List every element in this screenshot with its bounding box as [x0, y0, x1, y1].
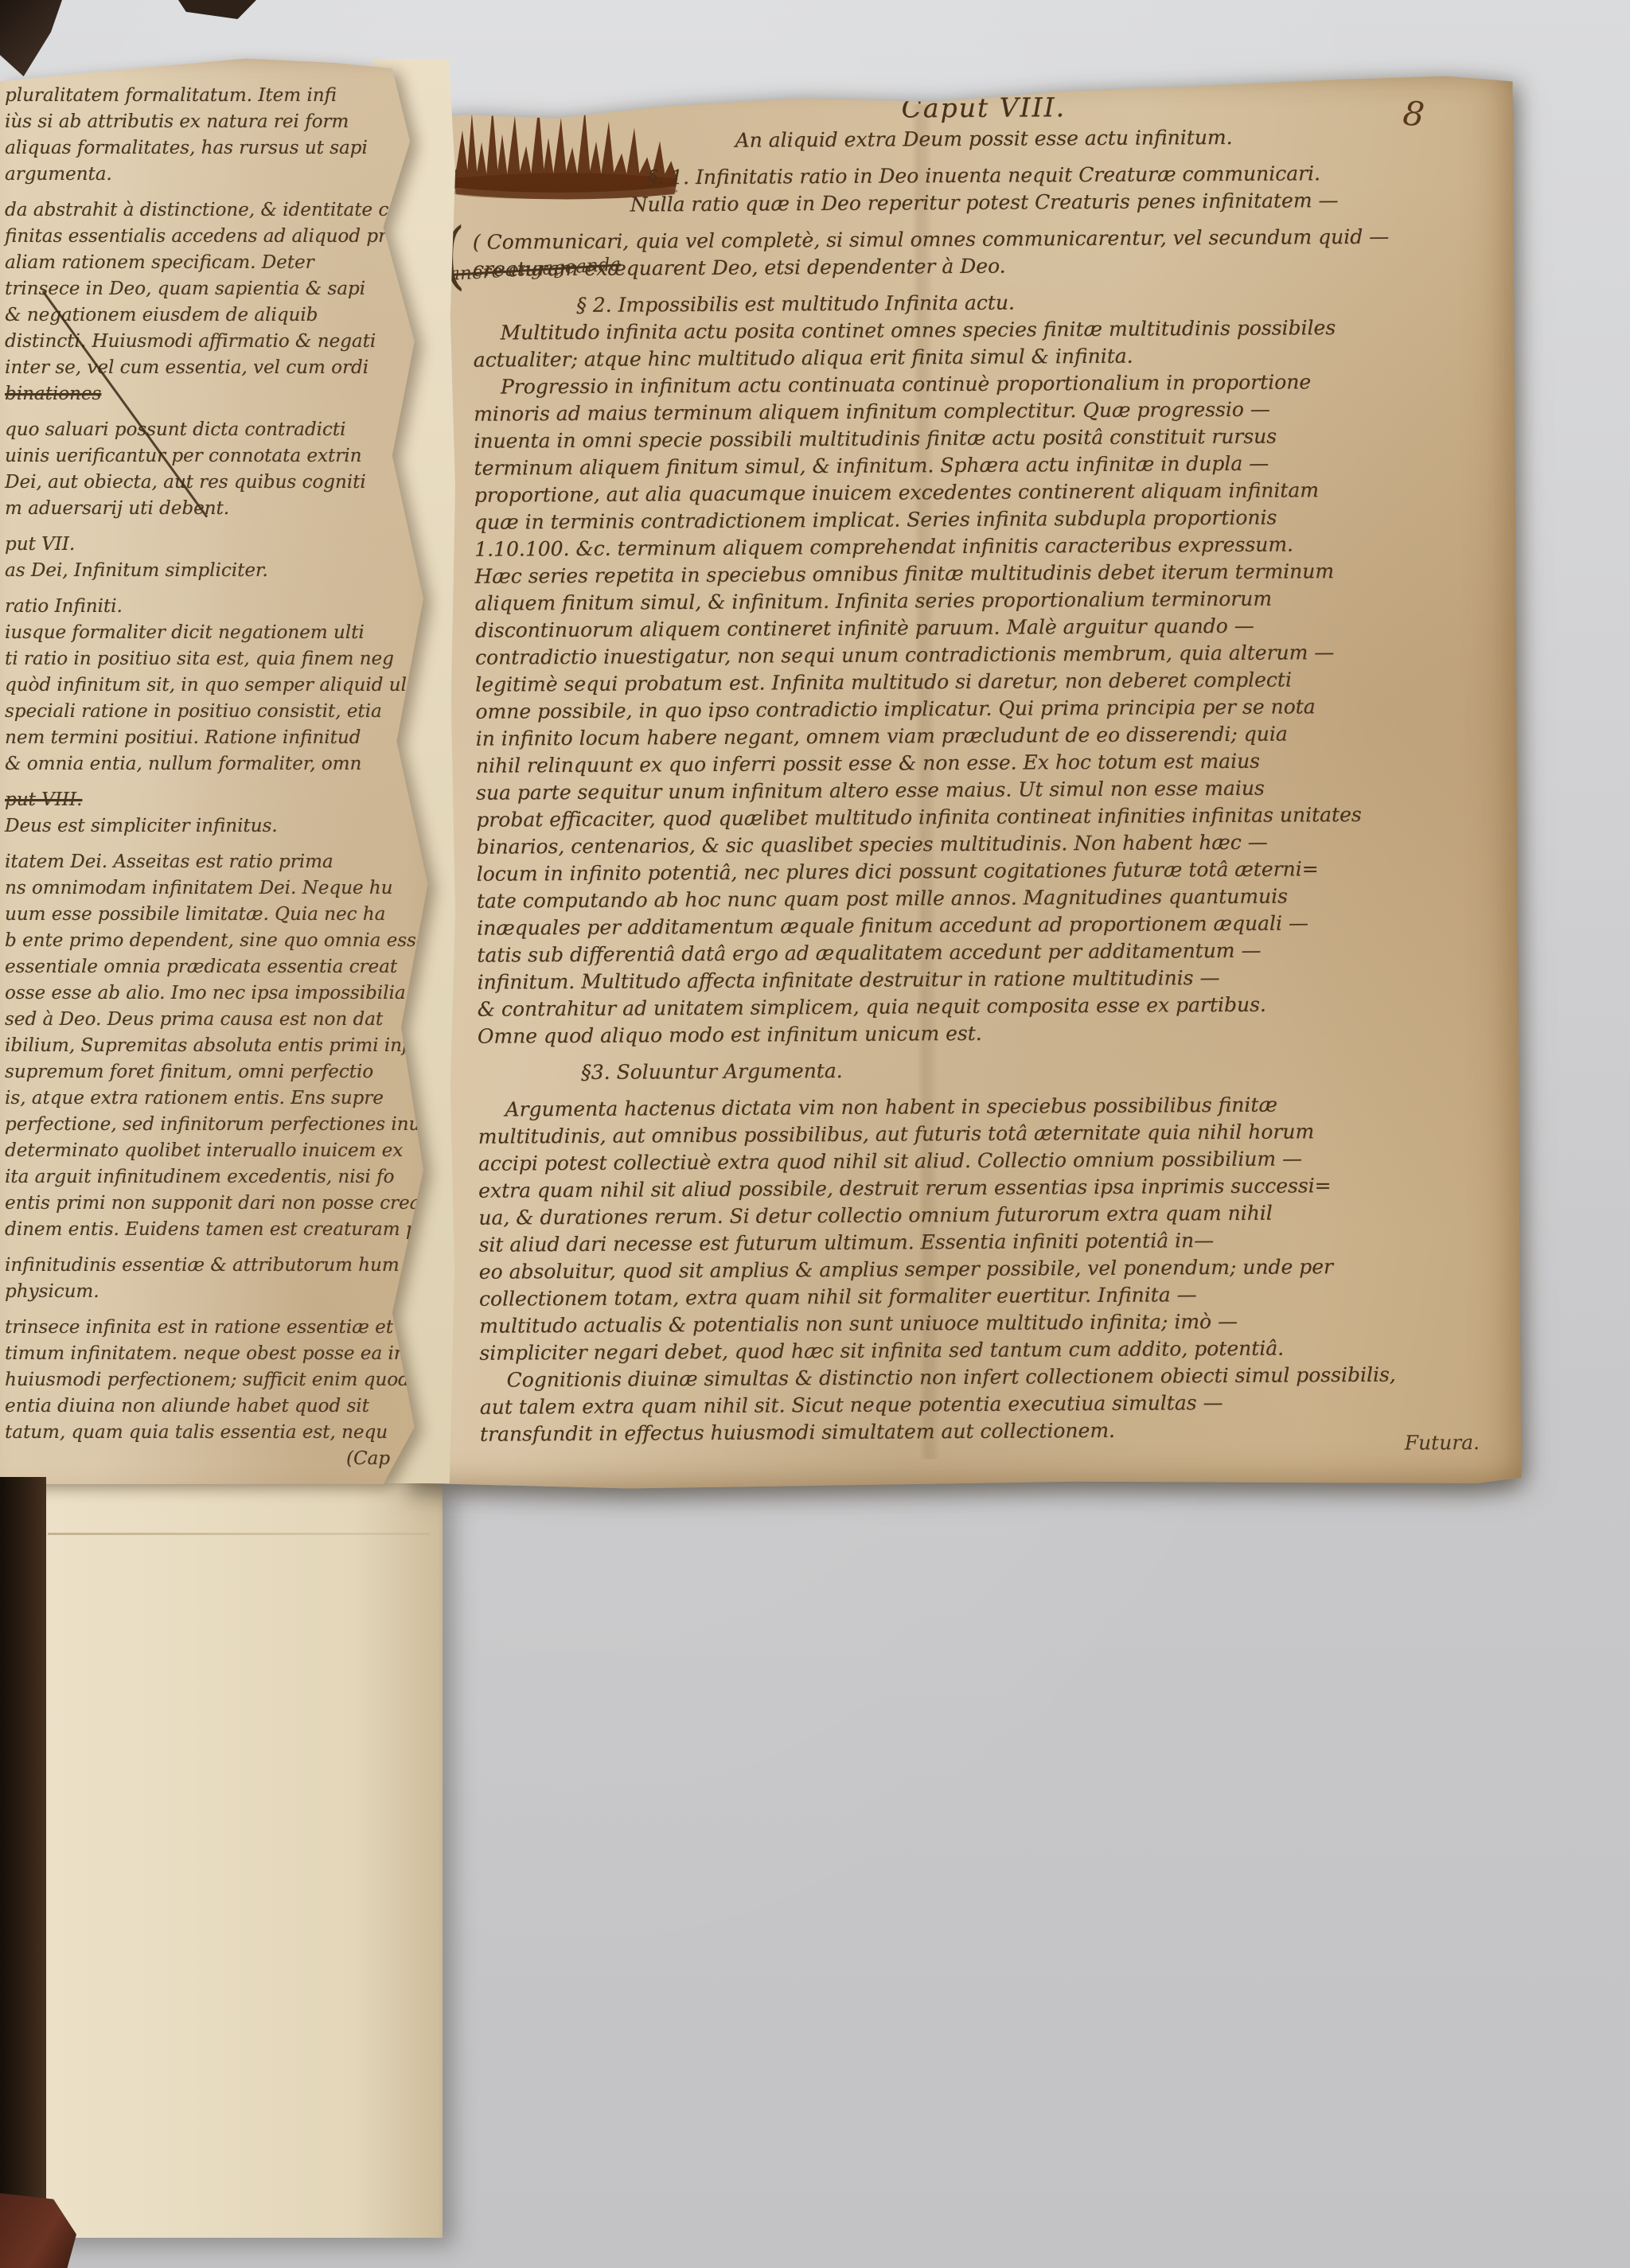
- manuscript-line: pluralitatem formalitatum. Item infi: [5, 83, 446, 109]
- manuscript-line: tatum, quam quia talis essentia est, neq…: [5, 1420, 446, 1446]
- manuscript-line: Deus est simpliciter infinitus.: [5, 813, 446, 840]
- manuscript-line: quòd infinitum sit, in quo semper aliqui…: [5, 672, 446, 699]
- main-text-block: Caput VIII. An aliquid extra Deum possit…: [399, 88, 1521, 1449]
- manuscript-line: ibilium, Supremitas absoluta entis primi…: [5, 1033, 446, 1059]
- manuscript-line: quo saluari possunt dicta contradicti: [5, 417, 446, 443]
- manuscript-line: aliam rationem specificam. Deter: [5, 250, 446, 276]
- manuscript-line: ita arguit infinitudinem excedentis, nis…: [5, 1164, 446, 1191]
- manuscript-line: entia diuina non aliunde habet quod sit: [5, 1393, 446, 1420]
- manuscript-line: essentiale omnia prædicata essentia crea…: [5, 954, 446, 980]
- manuscript-line: as Dei, Infinitum simpliciter.: [5, 558, 446, 584]
- manuscript-line: trinsece in Deo, quam sapientia & sapi: [5, 276, 446, 302]
- manuscript-line: itatem Dei. Asseitas est ratio prima: [5, 849, 446, 875]
- manuscript-line: inter se, vel cum essentia, vel cum ordi: [5, 355, 446, 381]
- manuscript-line: physicum.: [5, 1279, 446, 1305]
- manuscript-line: osse esse ab alio. Imo nec ipsa impossib…: [5, 980, 446, 1007]
- manuscript-line: creaturam exæquarent Deo, etsi dependent…: [473, 250, 1496, 283]
- manuscript-line: put VII.: [5, 532, 446, 558]
- manuscript-line: §3. Soluuntur Argumenta.: [478, 1054, 1501, 1087]
- left-text-block: pluralitatem formalitatum. Item infi iùs…: [5, 83, 446, 1472]
- manuscript-line: ti ratio in positiuo sita est, quia fine…: [5, 646, 446, 672]
- manuscript-line: dinem entis. Euidens tamen est creaturam…: [5, 1217, 446, 1243]
- manuscript-line: timum infinitatem. neque obest posse ea …: [5, 1341, 446, 1367]
- manuscript-line: Nulla ratio quæ in Deo reperitur potest …: [472, 186, 1495, 220]
- manuscript-line: b ente primo dependent, sine quo omnia e…: [5, 928, 446, 954]
- manuscript-line: & omnia entia, nullum formaliter, omn: [5, 751, 446, 777]
- manuscript-line: Caput VIII.: [472, 88, 1495, 129]
- manuscript-line: uinis uerificantur per connotata extrin: [5, 443, 446, 470]
- manuscript-line: is, atque extra rationem entis. Ens supr…: [5, 1085, 446, 1112]
- manuscript-line: iusque formaliter dicit negationem ulti: [5, 620, 446, 646]
- manuscript-line: supremum foret finitum, omni perfectio: [5, 1059, 446, 1085]
- left-page: pluralitatem formalitatum. Item infi iùs…: [0, 56, 446, 1484]
- manuscript-line: uum esse possibile limitatæ. Quia nec ha: [5, 902, 446, 928]
- main-page-paper: 8 ( La manere engageanda Caput VIII. An …: [399, 73, 1522, 1491]
- manuscript-line: argumenta.: [5, 162, 446, 188]
- manuscript-line: Dei, aut obiecta, aut res quibus cogniti: [5, 470, 446, 496]
- manuscript-line: da abstrahit à distinctione, & identitat…: [5, 197, 446, 224]
- manuscript-line: trinsece infinita est in ratione essenti…: [5, 1315, 446, 1341]
- manuscript-book-scan: 8 ( La manere engageanda Caput VIII. An …: [0, 0, 1630, 2268]
- manuscript-line: aliquas formalitates, has rursus ut sapi: [5, 135, 446, 162]
- manuscript-line: An aliquid extra Deum possit esse actu i…: [472, 123, 1495, 156]
- manuscript-line: ratio Infiniti.: [5, 594, 446, 620]
- manuscript-line: ns omnimodam infinitatem Dei. Neque hu: [5, 875, 446, 902]
- manuscript-line: finitas essentialis accedens ad aliquod …: [5, 224, 446, 250]
- manuscript-line: Omne quod aliquo modo est infinitum unic…: [478, 1017, 1501, 1050]
- book-spine-edge: [0, 1477, 46, 2268]
- manuscript-line: m aduersarij uti debent.: [5, 496, 446, 522]
- manuscript-line: put VIII.: [5, 787, 446, 813]
- catchword: Futura.: [1405, 1431, 1480, 1455]
- manuscript-line: transfundit in effectus huiusmodi simult…: [480, 1415, 1503, 1448]
- manuscript-line: sed à Deo. Deus prima causa est non dat: [5, 1007, 446, 1033]
- manuscript-line: & negationem eiusdem de aliquib: [5, 302, 446, 329]
- under-pages-block: [45, 1480, 443, 2238]
- manuscript-line: speciali ratione in positiuo consistit, …: [5, 699, 446, 725]
- manuscript-line: iùs si ab attributis ex natura rei form: [5, 109, 446, 135]
- manuscript-line: binationes: [5, 381, 446, 407]
- manuscript-line: determinato quolibet interuallo inuicem …: [5, 1138, 446, 1164]
- manuscript-line: (Cap: [5, 1446, 446, 1472]
- left-page-paper: pluralitatem formalitatum. Item infi iùs…: [0, 56, 446, 1484]
- manuscript-line: nem termini positiui. Ratione infinitud: [5, 725, 446, 751]
- page-edge-line: [48, 1533, 430, 1535]
- manuscript-line: infinitudinis essentiæ & attributorum hu…: [5, 1253, 446, 1279]
- manuscript-line: entis primi non supponit dari non posse …: [5, 1191, 446, 1217]
- main-page: 8 ( La manere engageanda Caput VIII. An …: [403, 76, 1517, 1487]
- manuscript-line: perfectione, sed infinitorum perfectione…: [5, 1112, 446, 1138]
- manuscript-line: huiusmodi perfectionem; sufficit enim qu…: [5, 1367, 446, 1393]
